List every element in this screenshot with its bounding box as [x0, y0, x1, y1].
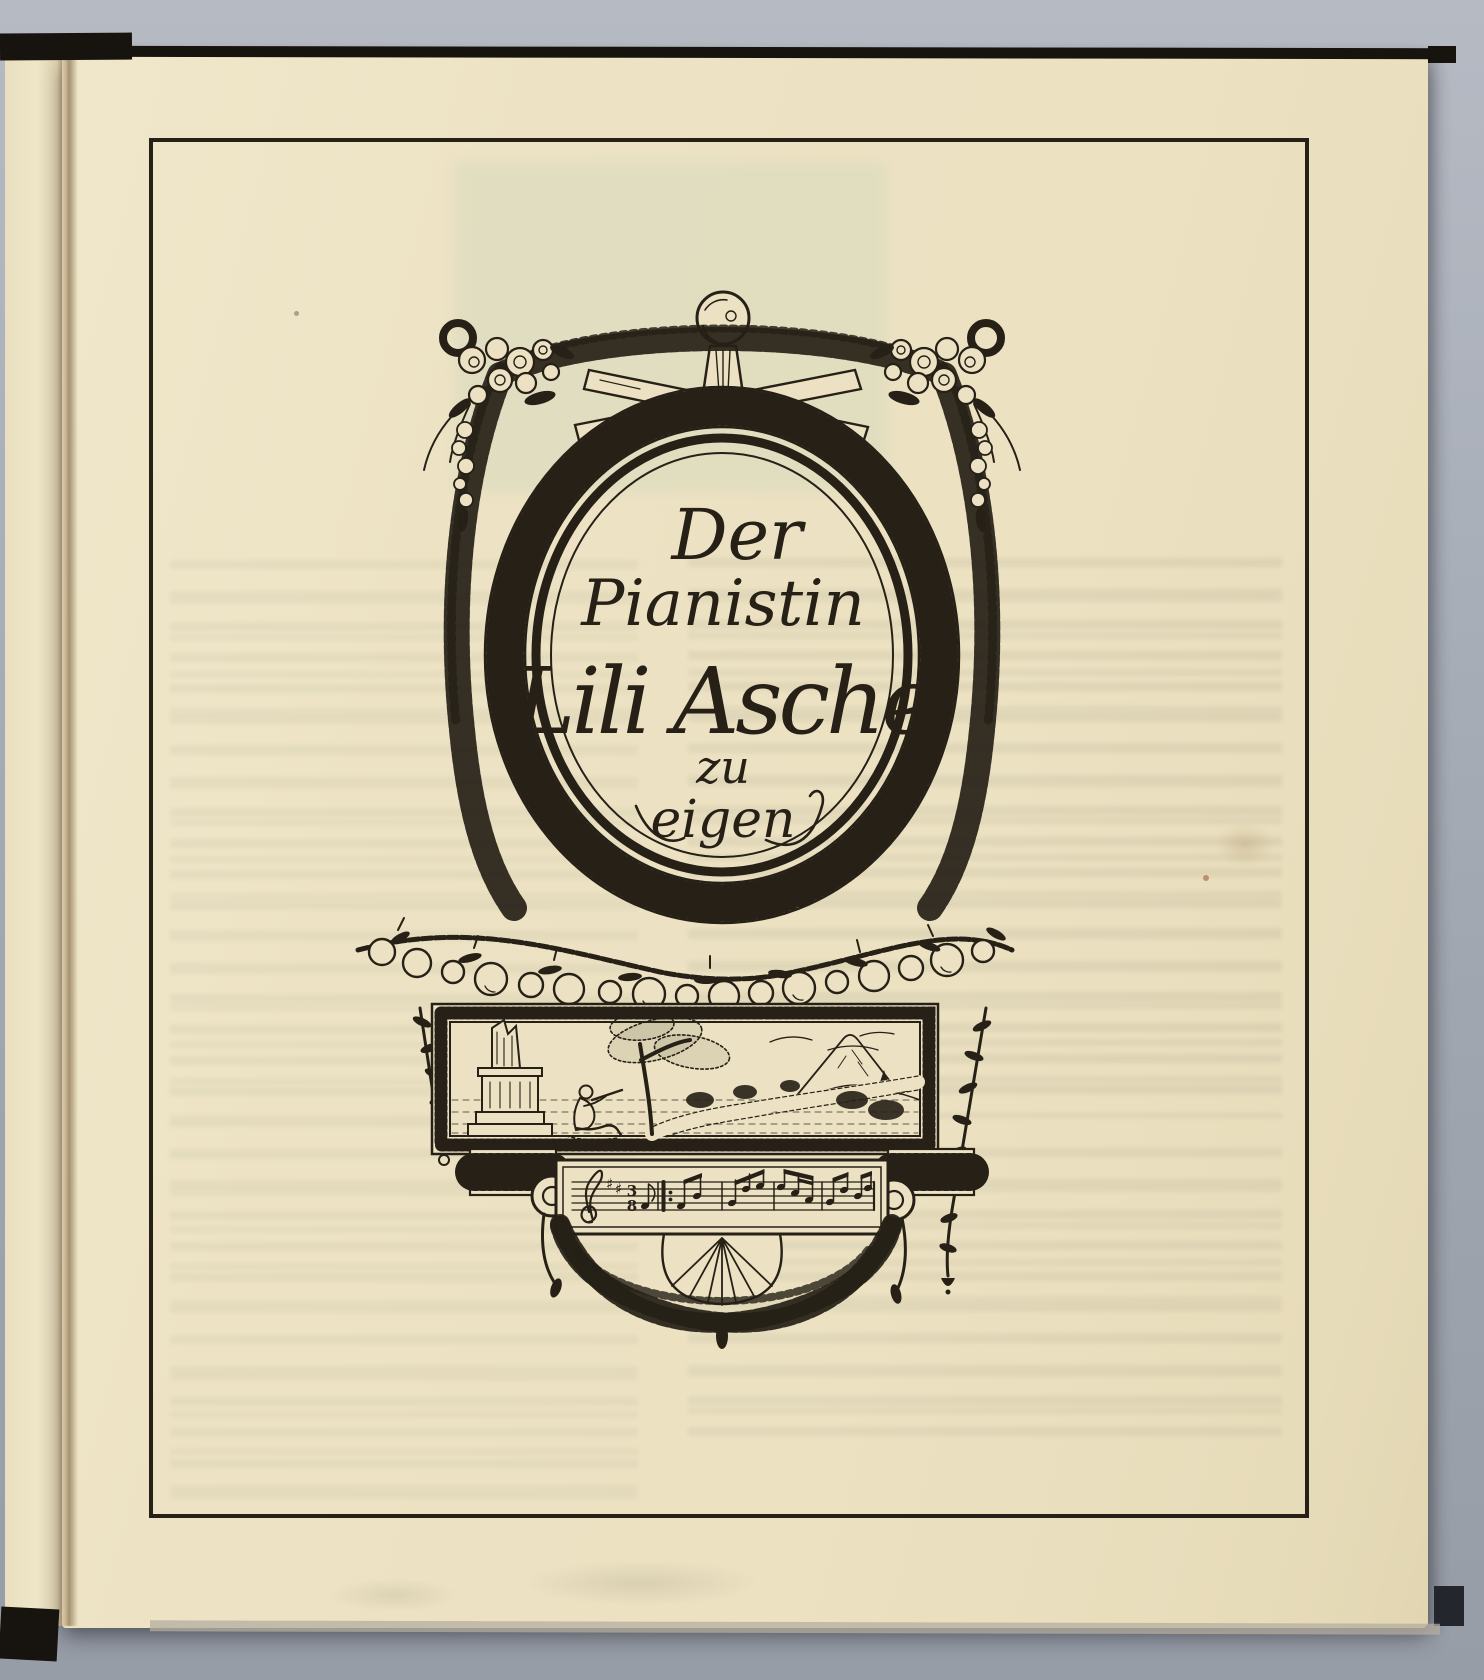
smudge — [520, 1560, 760, 1606]
dedication-line-1: Der — [537, 500, 937, 570]
cover-edge-bottom-right — [1434, 1586, 1464, 1626]
fruit-garland — [358, 918, 1012, 1011]
landscape-vignette — [432, 1004, 938, 1154]
key-signature-sharp-1: ♯ — [606, 1175, 613, 1193]
key-signature-sharp-2: ♯ — [615, 1180, 622, 1198]
dedication-line-2: Pianistin — [523, 572, 923, 636]
cover-edge-bottom-left — [0, 1607, 59, 1662]
facing-page-edge — [5, 60, 62, 1626]
cover-edge-top-right — [1428, 46, 1456, 63]
page-stack-edge — [150, 1620, 1440, 1634]
dedication-line-3: Lili Asche — [493, 656, 953, 748]
time-signature-denominator: 8 — [627, 1197, 637, 1215]
gutter-crease — [58, 58, 78, 1626]
dedication-line-5: eigen — [523, 794, 923, 846]
scanned-book-page: ♯ ♯ 3 8 — [0, 0, 1484, 1680]
dedication-line-4: zu — [523, 744, 923, 790]
smudge — [330, 1578, 460, 1612]
